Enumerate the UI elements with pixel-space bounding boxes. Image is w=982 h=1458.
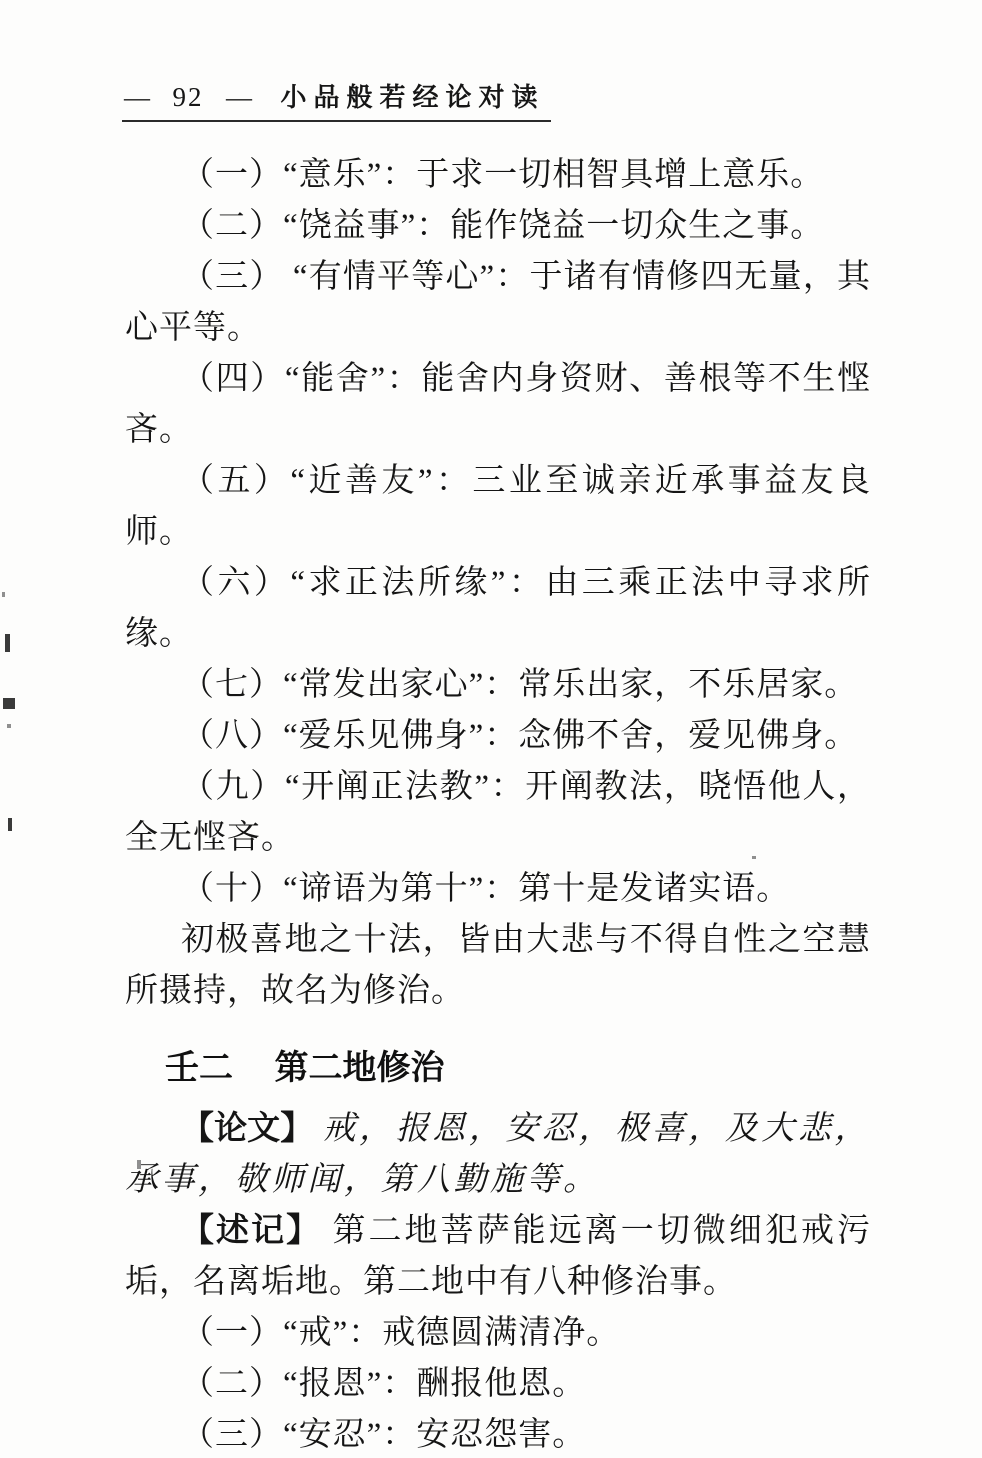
scan-artifact: [7, 724, 11, 728]
page-body: （一）“意乐”：于求一切相智具增上意乐。 （二）“饶益事”：能作饶益一切众生之事…: [125, 150, 871, 1458]
list-item-1: （一）“意乐”：于求一切相智具增上意乐。: [125, 150, 871, 201]
summary-paragraph: 初极喜地之十法，皆由大悲与不得自性之空慧所摄持，故名为修治。: [125, 915, 871, 1017]
header-left-dash: —: [124, 85, 150, 111]
book-title: 小品般若经论对读: [281, 85, 545, 111]
header-right-dash: —: [226, 85, 252, 111]
list-item-10: （十）“谛语为第十”：第十是发诸实语。: [125, 864, 871, 915]
shuji-label: 【述记】: [181, 1213, 321, 1249]
scan-artifact: [8, 818, 12, 831]
scan-artifact: [546, 876, 549, 879]
list2-item-2: （二）“报恩”：酬报他恩。: [125, 1359, 871, 1410]
list-item-8: （八）“爱乐见佛身”：念佛不舍，爱见佛身。: [125, 711, 871, 762]
list-item-9: （九）“开阐正法教”：开阐教法，晓悟他人，全无悭吝。: [125, 762, 871, 864]
scanned-book-page: — 92 — 小品般若经论对读 （一）“意乐”：于求一切相智具增上意乐。 （二）…: [0, 0, 982, 1458]
list-item-2: （二）“饶益事”：能作饶益一切众生之事。: [125, 201, 871, 252]
running-head-rule: — 92 — 小品般若经论对读: [122, 84, 551, 122]
list-item-7: （七）“常发出家心”：常乐出家，不乐居家。: [125, 660, 871, 711]
lunwen-paragraph: 【论文】 戒，报恩，安忍，极喜，及大悲，承事，敬师闻，第八勤施等。: [125, 1104, 871, 1206]
list2-item-3: （三）“安忍”：安忍怨害。: [125, 1410, 871, 1458]
section-heading: 壬二 第二地修治: [125, 1043, 871, 1094]
scan-artifact: [752, 856, 756, 859]
list-item-4: （四）“能舍”：能舍内身资财、善根等不生悭吝。: [125, 354, 871, 456]
section-number: 壬二: [165, 1049, 233, 1087]
list-item-5: （五）“近善友”：三业至诚亲近承事益友良师。: [125, 456, 871, 558]
list-item-3: （三） “有情平等心”：于诸有情修四无量，其心平等。: [125, 252, 871, 354]
section-title: 第二地修治: [274, 1049, 444, 1087]
page-number: 92: [173, 84, 204, 110]
list-item-6: （六）“求正法所缘”：由三乘正法中寻求所缘。: [125, 558, 871, 660]
scan-artifact: [3, 698, 15, 709]
page-header: — 92 — 小品般若经论对读: [122, 84, 551, 122]
scan-artifact: [137, 1160, 141, 1169]
scan-artifact: [5, 634, 10, 652]
list2-item-1: （一）“戒”：戒德圆满清净。: [125, 1308, 871, 1359]
scan-artifact: [2, 592, 5, 597]
shuji-paragraph: 【述记】 第二地菩萨能远离一切微细犯戒污垢，名离垢地。第二地中有八种修治事。: [125, 1206, 871, 1308]
lunwen-label: 【论文】: [181, 1111, 313, 1147]
